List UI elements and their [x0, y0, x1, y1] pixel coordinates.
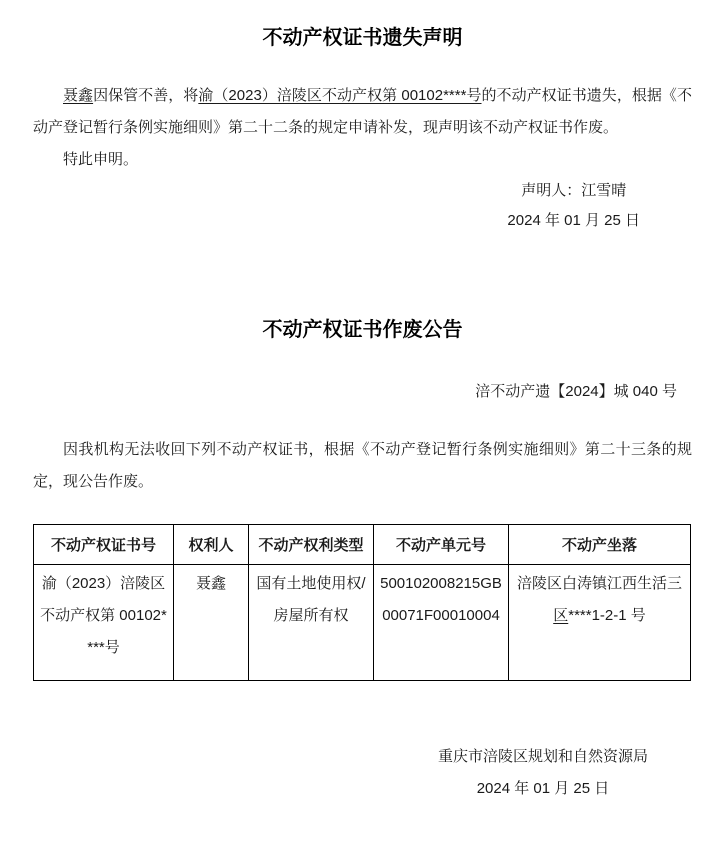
certificate-number-underlined: 渝（2023）涪陵区不动产权第 00102****号 — [198, 87, 481, 104]
header-right-type: 不动产权利类型 — [249, 525, 374, 565]
statement-date: 2024 年 01 月 25 日 — [507, 206, 640, 236]
notice-date: 2024 年 01 月 25 日 — [438, 773, 648, 805]
location-underlined: 区 — [553, 607, 568, 624]
cell-unit-no: 500102008215GB 00071F00010004 — [374, 565, 509, 681]
header-unit-no: 不动产单元号 — [374, 525, 509, 565]
header-holder: 权利人 — [174, 525, 249, 565]
statement-signature-block: 声明人：江雪晴 2024 年 01 月 25 日 — [507, 176, 640, 236]
cell-certificate-no: 渝（2023）涪陵区 不动产权第 00102* ***号 — [34, 565, 174, 681]
issuer-line: 重庆市涪陵区规划和自然资源局 — [438, 741, 648, 773]
lost-statement-paragraph: 聂鑫因保管不善，将渝（2023）涪陵区不动产权第 00102****号的不动产权… — [33, 80, 692, 144]
header-location: 不动产坐落 — [509, 525, 691, 565]
lost-statement-text-1: 因保管不善，将 — [93, 87, 198, 104]
table-row: 渝（2023）涪陵区 不动产权第 00102* ***号 聂鑫 国有土地使用权/… — [34, 565, 691, 681]
document-number: 涪不动产遗【2024】城 040 号 — [33, 376, 692, 408]
location-text-1: 涪陵区白涛镇江西生活三 — [517, 575, 682, 592]
declarant-name-underlined: 聂鑫 — [63, 87, 93, 104]
cell-right-type: 国有土地使用权/ 房屋所有权 — [249, 565, 374, 681]
void-notice-paragraph: 因我机构无法收回下列不动产权证书，根据《不动产登记暂行条例实施细则》第二十三条的… — [33, 434, 692, 498]
cell-holder: 聂鑫 — [174, 565, 249, 681]
cell-location: 涪陵区白涛镇江西生活三 区****1-2-1 号 — [509, 565, 691, 681]
void-notice-title: 不动产权证书作废公告 — [33, 318, 692, 342]
notice-signature-block: 重庆市涪陵区规划和自然资源局 2024 年 01 月 25 日 — [438, 741, 648, 805]
lost-statement-title: 不动产权证书遗失声明 — [33, 26, 692, 50]
table-header-row: 不动产权证书号 权利人 不动产权利类型 不动产单元号 不动产坐落 — [34, 525, 691, 565]
header-certificate-no: 不动产权证书号 — [34, 525, 174, 565]
declarant-line: 声明人：江雪晴 — [507, 176, 640, 206]
location-text-2: ****1-2-1 号 — [568, 607, 646, 624]
document-page: 不动产权证书遗失声明 聂鑫因保管不善，将渝（2023）涪陵区不动产权第 0010… — [0, 0, 727, 867]
certificates-table: 不动产权证书号 权利人 不动产权利类型 不动产单元号 不动产坐落 渝（2023）… — [33, 524, 691, 681]
closing-line: 特此申明。 — [33, 144, 692, 176]
